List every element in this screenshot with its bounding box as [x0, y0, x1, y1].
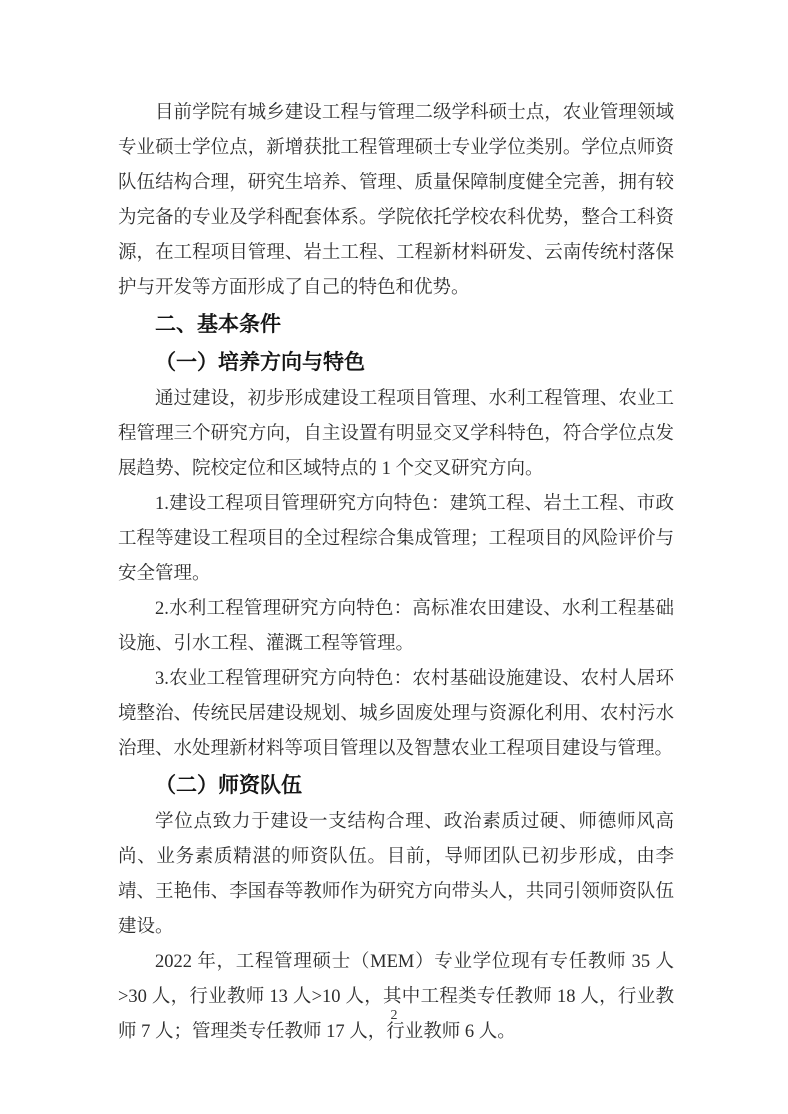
paragraph-faculty-team-building: 学位点致力于建设一支结构合理、政治素质过硬、师德师风高尚、业务素质精湛的师资队伍… — [118, 805, 674, 945]
paragraph-direction-2-water-conservancy: 2.水利工程管理研究方向特色：高标准农田建设、水利工程基础设施、引水工程、灌溉工… — [118, 592, 674, 662]
paragraph-research-directions-summary: 通过建设，初步形成建设工程项目管理、水利工程管理、农业工程管理三个研究方向，自主… — [118, 382, 674, 487]
page-number: 2 — [0, 1008, 788, 1024]
document-body: 目前学院有城乡建设工程与管理二级学科硕士点，农业管理领域专业硕士学位点，新增获批… — [118, 96, 674, 1050]
subsection-heading-faculty-team: （二）师资队伍 — [118, 767, 674, 805]
paragraph-faculty-statistics-2022: 2022 年，工程管理硕士（MEM）专业学位现有专任教师 35 人>30 人，行… — [118, 945, 674, 1050]
subsection-heading-training-directions: （一）培养方向与特色 — [118, 344, 674, 382]
paragraph-direction-1-construction-management: 1.建设工程项目管理研究方向特色：建筑工程、岩土工程、市政工程等建设工程项目的全… — [118, 487, 674, 592]
paragraph-direction-3-agricultural-engineering: 3.农业工程管理研究方向特色：农村基础设施建设、农村人居环境整治、传统民居建设规… — [118, 662, 674, 767]
document-page: 目前学院有城乡建设工程与管理二级学科硕士点，农业管理领域专业硕士学位点，新增获批… — [0, 0, 788, 1114]
paragraph-intro-overview: 目前学院有城乡建设工程与管理二级学科硕士点，农业管理领域专业硕士学位点，新增获批… — [118, 96, 674, 306]
section-heading-basic-conditions: 二、基本条件 — [118, 306, 674, 344]
